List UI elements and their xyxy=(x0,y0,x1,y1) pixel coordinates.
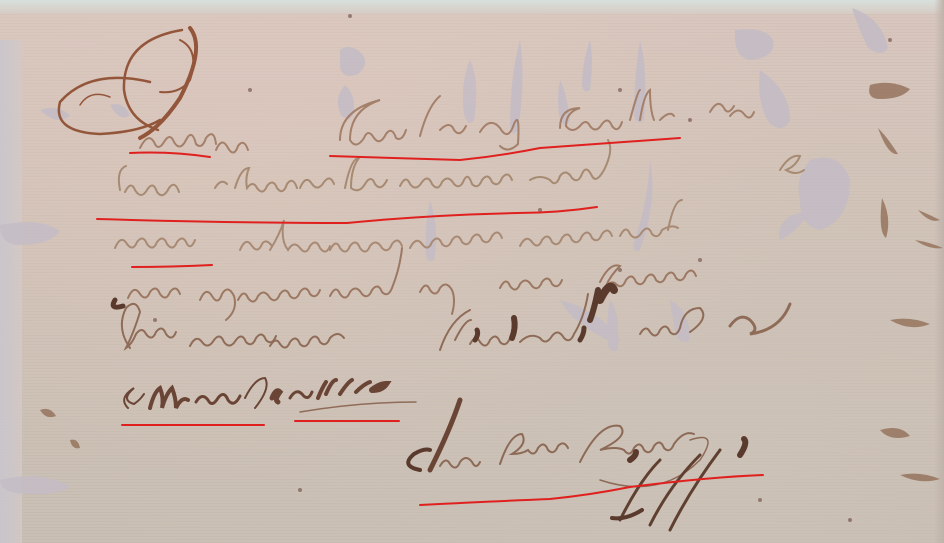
underline-calheiros-antonio xyxy=(97,207,597,223)
underline-coronel-diogo-correa xyxy=(330,138,680,160)
underline-signature xyxy=(420,475,763,505)
underline-oitenta xyxy=(132,265,212,267)
annotation-layer xyxy=(0,0,944,543)
manuscript-page: R Recebi do Coronel Diogo Correa de Mell… xyxy=(0,0,944,543)
underline-recebi xyxy=(130,153,210,158)
